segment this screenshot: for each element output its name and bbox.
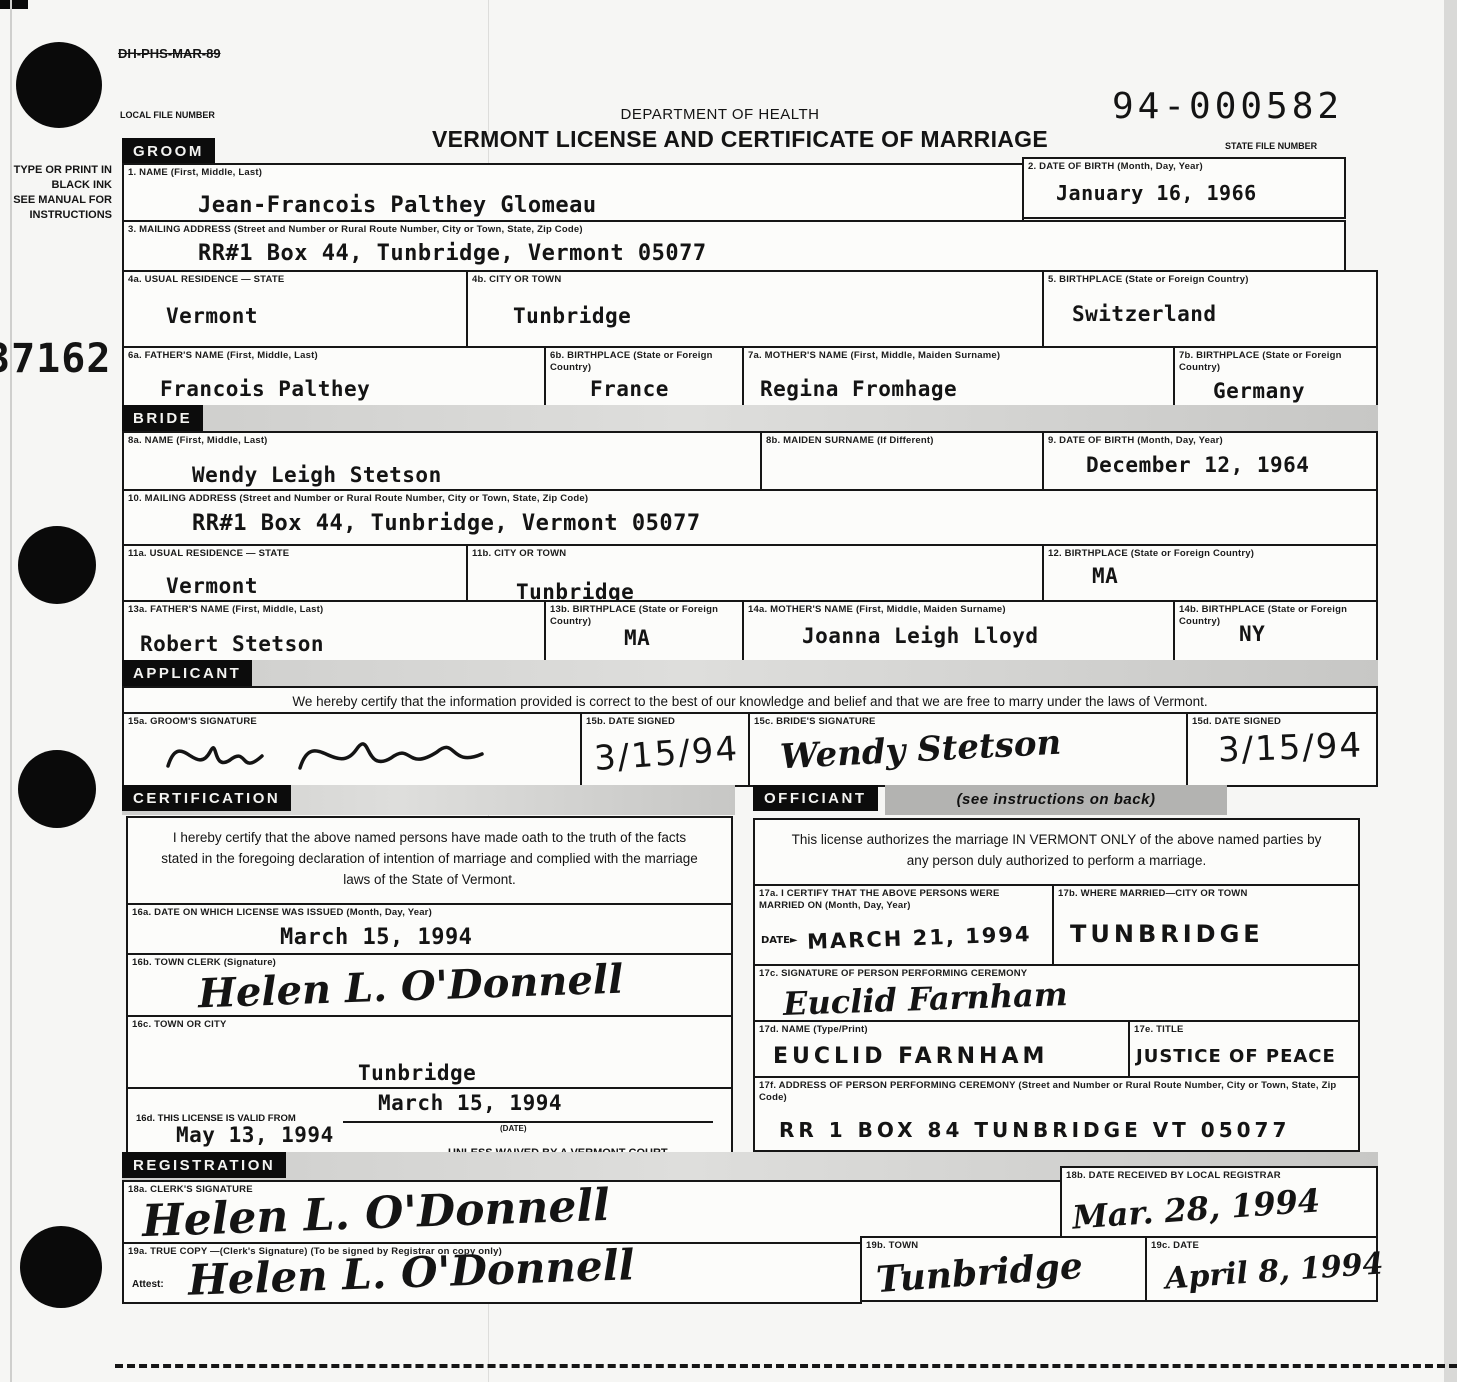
field-officiant-address: 17f. ADDRESS OF PERSON PERFORMING CEREMO… (753, 1076, 1360, 1152)
field-label: 17a. I CERTIFY THAT THE ABOVE PERSONS WE… (759, 888, 1048, 912)
field-groom-dob: 2. DATE OF BIRTH (Month, Day, Year) Janu… (1022, 157, 1346, 219)
field-town-clerk-signature: 16b. TOWN CLERK (Signature) Helen L. O'D… (126, 953, 733, 1017)
field-value: MA (1092, 564, 1118, 588)
field-town-or-city: 16c. TOWN OR CITY Tunbridge (126, 1015, 733, 1089)
field-label: 4a. USUAL RESIDENCE — STATE (128, 274, 462, 286)
field-bride-signature: 15c. BRIDE'S SIGNATURE Wendy Stetson (748, 712, 1188, 787)
certification-statement: I hereby certify that the above named pe… (128, 818, 731, 891)
field-groom-date-signed: 15b. DATE SIGNED 3/15/94 (580, 712, 750, 787)
field-officiant-name: 17d. NAME (Type/Print) EUCLID FARNHAM (753, 1020, 1130, 1078)
field-groom-mother-birthplace: 7b. BIRTHPLACE (State or Foreign Country… (1173, 346, 1378, 407)
field-label: 14a. MOTHER'S NAME (First, Middle, Maide… (748, 604, 1169, 616)
page-right-shadow (1444, 0, 1457, 1382)
field-label: 15c. BRIDE'S SIGNATURE (754, 716, 1182, 728)
field-label: 2. DATE OF BIRTH (Month, Day, Year) (1028, 161, 1340, 173)
marriage-certificate-document: TYPE OR PRINT IN BLACK INK SEE MANUAL FO… (0, 0, 1457, 1382)
field-value: France (590, 377, 669, 401)
field-label: 11a. USUAL RESIDENCE — STATE (128, 548, 462, 560)
field-label: 8b. MAIDEN SURNAME (If Different) (766, 435, 1038, 447)
margin-note: TYPE OR PRINT IN BLACK INK SEE MANUAL FO… (0, 163, 112, 223)
field-officiant-title: 17e. TITLE JUSTICE OF PEACE (1128, 1020, 1360, 1078)
field-date-received: 18b. DATE RECEIVED BY LOCAL REGISTRAR Ma… (1060, 1166, 1378, 1238)
field-label: 12. BIRTHPLACE (State or Foreign Country… (1048, 548, 1372, 560)
ceremony-signature: Euclid Farnham (782, 975, 1068, 1023)
margin-note-line: BLACK INK (0, 178, 112, 193)
applicant-statement: We hereby certify that the information p… (124, 688, 1376, 713)
field-label: 11b. CITY OR TOWN (472, 548, 1038, 560)
field-label: 17b. WHERE MARRIED—CITY OR TOWN (1058, 888, 1354, 900)
field-groom-name: 1. NAME (First, Middle, Last) Jean-Franc… (122, 163, 1024, 224)
field-label: 13a. FATHER'S NAME (First, Middle, Last) (128, 604, 540, 616)
field-bride-mailing-address: 10. MAILING ADDRESS (Street and Number o… (122, 489, 1378, 546)
registration-section-label: REGISTRATION (122, 1152, 286, 1178)
field-label: 14b. BIRTHPLACE (State or Foreign Countr… (1179, 604, 1372, 628)
certification-section-label: CERTIFICATION (122, 785, 291, 811)
valid-to-date: May 13, 1994 (176, 1123, 334, 1147)
field-label: 17f. ADDRESS OF PERSON PERFORMING CEREMO… (759, 1080, 1354, 1104)
groom-signature (150, 722, 550, 784)
field-value: Robert Stetson (140, 632, 324, 656)
state-file-number-label: STATE FILE NUMBER (1225, 141, 1317, 151)
applicant-statement-box: We hereby certify that the information p… (122, 686, 1378, 714)
field-groom-city: 4b. CITY OR TOWN Tunbridge (466, 270, 1044, 348)
field-value: Wendy Leigh Stetson (192, 463, 442, 487)
field-where-married: 17b. WHERE MARRIED—CITY OR TOWN TUNBRIDG… (1052, 884, 1360, 966)
field-value: RR#1 Box 44, Tunbridge, Vermont 05077 (192, 511, 701, 536)
date-caption: (DATE) (500, 1124, 527, 1133)
field-label: 17d. NAME (Type/Print) (759, 1024, 1124, 1036)
date-prefix: DATE► (761, 935, 798, 946)
field-label: 1. NAME (First, Middle, Last) (128, 167, 1018, 179)
field-label: 9. DATE OF BIRTH (Month, Day, Year) (1048, 435, 1372, 447)
field-ceremony-signature: 17c. SIGNATURE OF PERSON PERFORMING CERE… (753, 964, 1360, 1022)
field-value: JUSTICE OF PEACE (1136, 1046, 1336, 1067)
margin-note-line: TYPE OR PRINT IN (0, 163, 112, 178)
field-value: Vermont (166, 574, 258, 598)
field-value: Francois Palthey (160, 377, 370, 401)
officiant-statement-box: This license authorizes the marriage IN … (753, 818, 1360, 886)
field-registration-town: 19b. TOWN Tunbridge (860, 1236, 1147, 1302)
field-license-issue-date: 16a. DATE ON WHICH LICENSE WAS ISSUED (M… (126, 903, 733, 955)
bride-section-band (122, 405, 1378, 433)
field-value: March 15, 1994 (280, 925, 472, 950)
field-value: TUNBRIDGE (1070, 920, 1264, 948)
bride-section-label: BRIDE (122, 405, 203, 431)
field-label: 7a. MOTHER'S NAME (First, Middle, Maiden… (748, 350, 1169, 362)
field-groom-birthplace: 5. BIRTHPLACE (State or Foreign Country)… (1042, 270, 1378, 348)
form-title: VERMONT LICENSE AND CERTIFICATE OF MARRI… (360, 126, 1120, 153)
applicant-section-band (122, 660, 1378, 688)
field-value: Jean-Francois Palthey Glomeau (198, 193, 597, 218)
field-groom-signature: 15a. GROOM'S SIGNATURE (122, 712, 582, 787)
field-value: Tunbridge (358, 1061, 476, 1085)
field-label: 8a. NAME (First, Middle, Last) (128, 435, 756, 447)
field-value: Switzerland (1072, 302, 1217, 326)
field-bride-date-signed: 15d. DATE SIGNED 3/15/94 (1186, 712, 1378, 787)
field-label: 18b. DATE RECEIVED BY LOCAL REGISTRAR (1066, 1170, 1372, 1182)
department-heading: DEPARTMENT OF HEALTH (520, 106, 920, 123)
field-value: Joanna Leigh Lloyd (802, 624, 1039, 648)
field-groom-mailing-address: 3. MAILING ADDRESS (Street and Number or… (122, 220, 1346, 272)
field-value: Tunbridge (875, 1245, 1084, 1301)
state-file-number: 94-000582 (1112, 86, 1343, 127)
hole-punch (16, 42, 102, 128)
field-bride-maiden-surname: 8b. MAIDEN SURNAME (If Different) (760, 431, 1044, 491)
field-label: 6b. BIRTHPLACE (State or Foreign Country… (550, 350, 738, 374)
field-value: MARCH 21, 1994 (807, 922, 1032, 954)
field-label: 3. MAILING ADDRESS (Street and Number or… (128, 224, 1340, 236)
field-label: 10. MAILING ADDRESS (Street and Number o… (128, 493, 1372, 505)
field-bride-dob: 9. DATE OF BIRTH (Month, Day, Year) Dece… (1042, 431, 1378, 491)
field-bride-mother-birthplace: 14b. BIRTHPLACE (State or Foreign Countr… (1173, 600, 1378, 662)
margin-note-line: INSTRUCTIONS (0, 208, 112, 223)
field-label: 13b. BIRTHPLACE (State or Foreign Countr… (550, 604, 738, 628)
bride-signature: Wendy Stetson (779, 723, 1062, 778)
field-value: EUCLID FARNHAM (773, 1044, 1048, 1069)
field-value: RR 1 BOX 84 TUNBRIDGE VT 05077 (779, 1118, 1290, 1142)
attest-label: Attest: (132, 1279, 164, 1290)
field-registration-date: 19c. DATE April 8, 1994 (1145, 1236, 1378, 1302)
bottom-dashed-line (115, 1364, 1457, 1368)
applicant-section-label: APPLICANT (122, 660, 252, 686)
field-bride-father-name: 13a. FATHER'S NAME (First, Middle, Last)… (122, 600, 546, 662)
hole-punch (18, 526, 96, 604)
local-file-number-label: LOCAL FILE NUMBER (120, 110, 215, 120)
field-value: Tunbridge (513, 304, 631, 328)
field-label: 15b. DATE SIGNED (586, 716, 744, 728)
certification-statement-box: I hereby certify that the above named pe… (126, 816, 733, 905)
field-bride-birthplace: 12. BIRTHPLACE (State or Foreign Country… (1042, 544, 1378, 602)
field-value: Mar. 28, 1994 (1071, 1181, 1321, 1236)
field-value: Regina Fromhage (760, 377, 957, 401)
field-married-on-date: 17a. I CERTIFY THAT THE ABOVE PERSONS WE… (753, 884, 1054, 966)
scan-corner-mark (0, 0, 28, 9)
hole-punch (18, 750, 96, 828)
field-value: 3/15/94 (1217, 725, 1363, 770)
officiant-section-label: OFFICIANT (753, 785, 878, 811)
field-value: January 16, 1966 (1056, 181, 1257, 205)
field-label: 5. BIRTHPLACE (State or Foreign Country) (1048, 274, 1372, 286)
field-value: MA (624, 626, 650, 650)
field-value: April 8, 1994 (1164, 1246, 1384, 1296)
field-label: 7b. BIRTHPLACE (State or Foreign Country… (1179, 350, 1372, 374)
field-value: 3/15/94 (593, 729, 741, 779)
field-label: 17e. TITLE (1134, 1024, 1354, 1036)
form-code: DH-PHS-MAR-89 (118, 46, 221, 61)
field-bride-father-birthplace: 13b. BIRTHPLACE (State or Foreign Countr… (544, 600, 744, 662)
field-label: 4b. CITY OR TOWN (472, 274, 1038, 286)
field-value: Germany (1213, 379, 1305, 403)
field-value: December 12, 1964 (1086, 453, 1309, 477)
field-value: NY (1239, 622, 1265, 646)
field-groom-residence-state: 4a. USUAL RESIDENCE — STATE Vermont (122, 270, 468, 348)
field-groom-mother-name: 7a. MOTHER'S NAME (First, Middle, Maiden… (742, 346, 1175, 407)
officiant-instructions-note: (see instructions on back) (885, 785, 1227, 815)
field-groom-father-name: 6a. FATHER'S NAME (First, Middle, Last) … (122, 346, 546, 407)
field-label: 16c. TOWN OR CITY (132, 1019, 727, 1031)
field-bride-mother-name: 14a. MOTHER'S NAME (First, Middle, Maide… (742, 600, 1175, 662)
field-value: Vermont (166, 304, 258, 328)
field-groom-father-birthplace: 6b. BIRTHPLACE (State or Foreign Country… (544, 346, 744, 407)
valid-from-date: March 15, 1994 (378, 1091, 562, 1115)
field-bride-residence-state: 11a. USUAL RESIDENCE — STATE Vermont (122, 544, 468, 602)
field-bride-name: 8a. NAME (First, Middle, Last) Wendy Lei… (122, 431, 762, 491)
stamp-number: 37162 (0, 336, 111, 382)
field-true-copy-signature: 19a. TRUE COPY —(Clerk's Signature) (To … (122, 1242, 862, 1304)
hole-punch (20, 1226, 102, 1308)
margin-note-line: SEE MANUAL FOR (0, 193, 112, 208)
officiant-statement: This license authorizes the marriage IN … (755, 820, 1358, 872)
field-value: RR#1 Box 44, Tunbridge, Vermont 05077 (198, 241, 707, 266)
field-label: 6a. FATHER'S NAME (First, Middle, Last) (128, 350, 540, 362)
field-label: 16a. DATE ON WHICH LICENSE WAS ISSUED (M… (132, 907, 727, 919)
field-bride-city: 11b. CITY OR TOWN Tunbridge (466, 544, 1044, 602)
groom-section-label: GROOM (122, 138, 215, 164)
